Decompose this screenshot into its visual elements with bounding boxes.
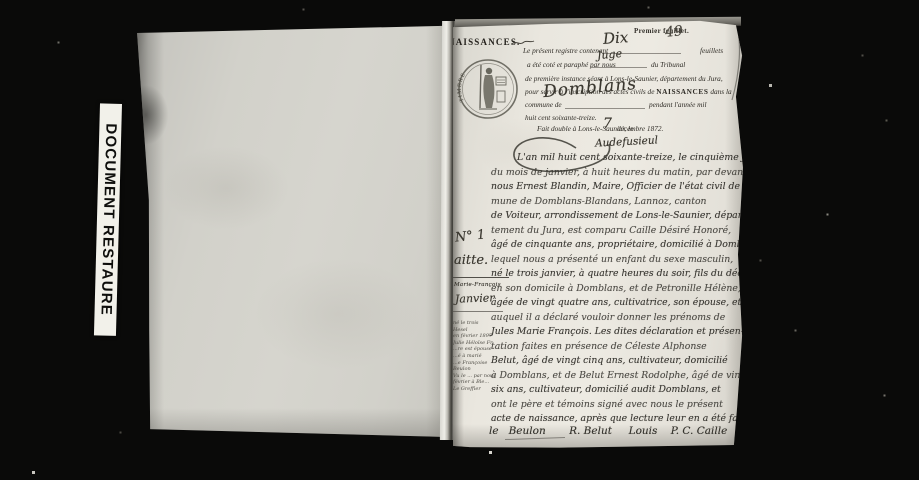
act-line: âgé de cinquante ans, propriétaire, domi… — [491, 238, 749, 253]
document-restaure-label: DOCUMENT RESTAURE — [94, 103, 122, 335]
registre-line-post: feuillets — [700, 46, 723, 55]
margin-month: Janvier — [455, 291, 495, 305]
commune-blank-line — [565, 108, 645, 109]
right-page-act: Premier feuillet. NAISSANCES. Le présent… — [453, 20, 745, 448]
left-page-corner-shadow — [134, 80, 174, 150]
act-line: de Voiteur, arrondissement de Lons-le-Sa… — [491, 209, 749, 224]
judge-signature: Audefusieul — [595, 134, 659, 149]
signatures-row: le Beulon R. Belut Louis P. C. Caille — [489, 425, 727, 437]
act-line: âgée de vingt quatre ans, cultivatrice, … — [491, 296, 749, 311]
scan-dust-specks — [0, 0, 1, 1]
book-gutter-fold — [440, 21, 455, 440]
handwritten-folio-mark: 49 — [664, 23, 683, 41]
left-page-blank — [130, 20, 450, 440]
handwritten-feuillet-count: Dix — [602, 28, 628, 48]
act-line: six ans, cultivateur, domicilié audit Do… — [491, 383, 749, 398]
naissances-heading: NAISSANCES. — [448, 37, 520, 47]
act-line: en son domicile à Domblans, et de Petron… — [491, 282, 749, 297]
servir-line-post: dans la — [710, 87, 731, 96]
cote-blank-line — [591, 67, 647, 68]
act-line: né le trois janvier, à quatre heures du … — [491, 267, 749, 282]
commune-line-post: pendant l'année mil — [649, 100, 707, 109]
timbre-imperial-stamp-icon: TIMBRE — [455, 56, 521, 122]
act-line: mune de Domblans-Blandans, Lannoz, canto… — [491, 195, 749, 210]
act-body: L'an mil huit cent soixante-treize, le c… — [491, 151, 749, 427]
margin-surname: aitte. — [454, 253, 488, 268]
act-line: L'an mil huit cent soixante-treize, le c… — [491, 151, 749, 166]
left-page-bottom-shade — [130, 408, 450, 440]
handwritten-juge: Juge — [596, 47, 622, 62]
margin-act-number: N° 1 — [454, 227, 486, 245]
act-line: ont le père et témoins signé avec nous l… — [491, 398, 749, 413]
act-line: tation faites en présence de Céleste Alp… — [491, 340, 749, 355]
act-line: du mois de janvier, à huit heures du mat… — [491, 166, 749, 181]
registre-line-pre: Le présent registre contenant — [523, 46, 608, 55]
act-line: lequel nous a présenté un enfant du sexe… — [491, 253, 749, 268]
scanned-register-spread: Premier feuillet. NAISSANCES. Le présent… — [0, 0, 919, 480]
act-line: auquel il a déclaré vouloir donner les p… — [491, 311, 749, 326]
servir-line-bold: NAISSANCES — [656, 87, 708, 96]
page-corner-curl-lines — [721, 20, 747, 120]
act-line: nous Ernest Blandin, Maire, Officier de … — [491, 180, 749, 195]
act-line: Jules Marie François. Les dites déclarat… — [491, 325, 749, 340]
act-line: à Domblans, et de Belut Ernest Rodolphe,… — [491, 369, 749, 384]
cote-line-post: du Tribunal — [651, 60, 685, 69]
act-line: tement du Jura, est comparu Caille Désir… — [491, 224, 749, 239]
annee-line: huit cent soixante-treize. — [525, 113, 597, 122]
act-line: Belut, âgé de vingt cinq ans, cultivateu… — [491, 354, 749, 369]
